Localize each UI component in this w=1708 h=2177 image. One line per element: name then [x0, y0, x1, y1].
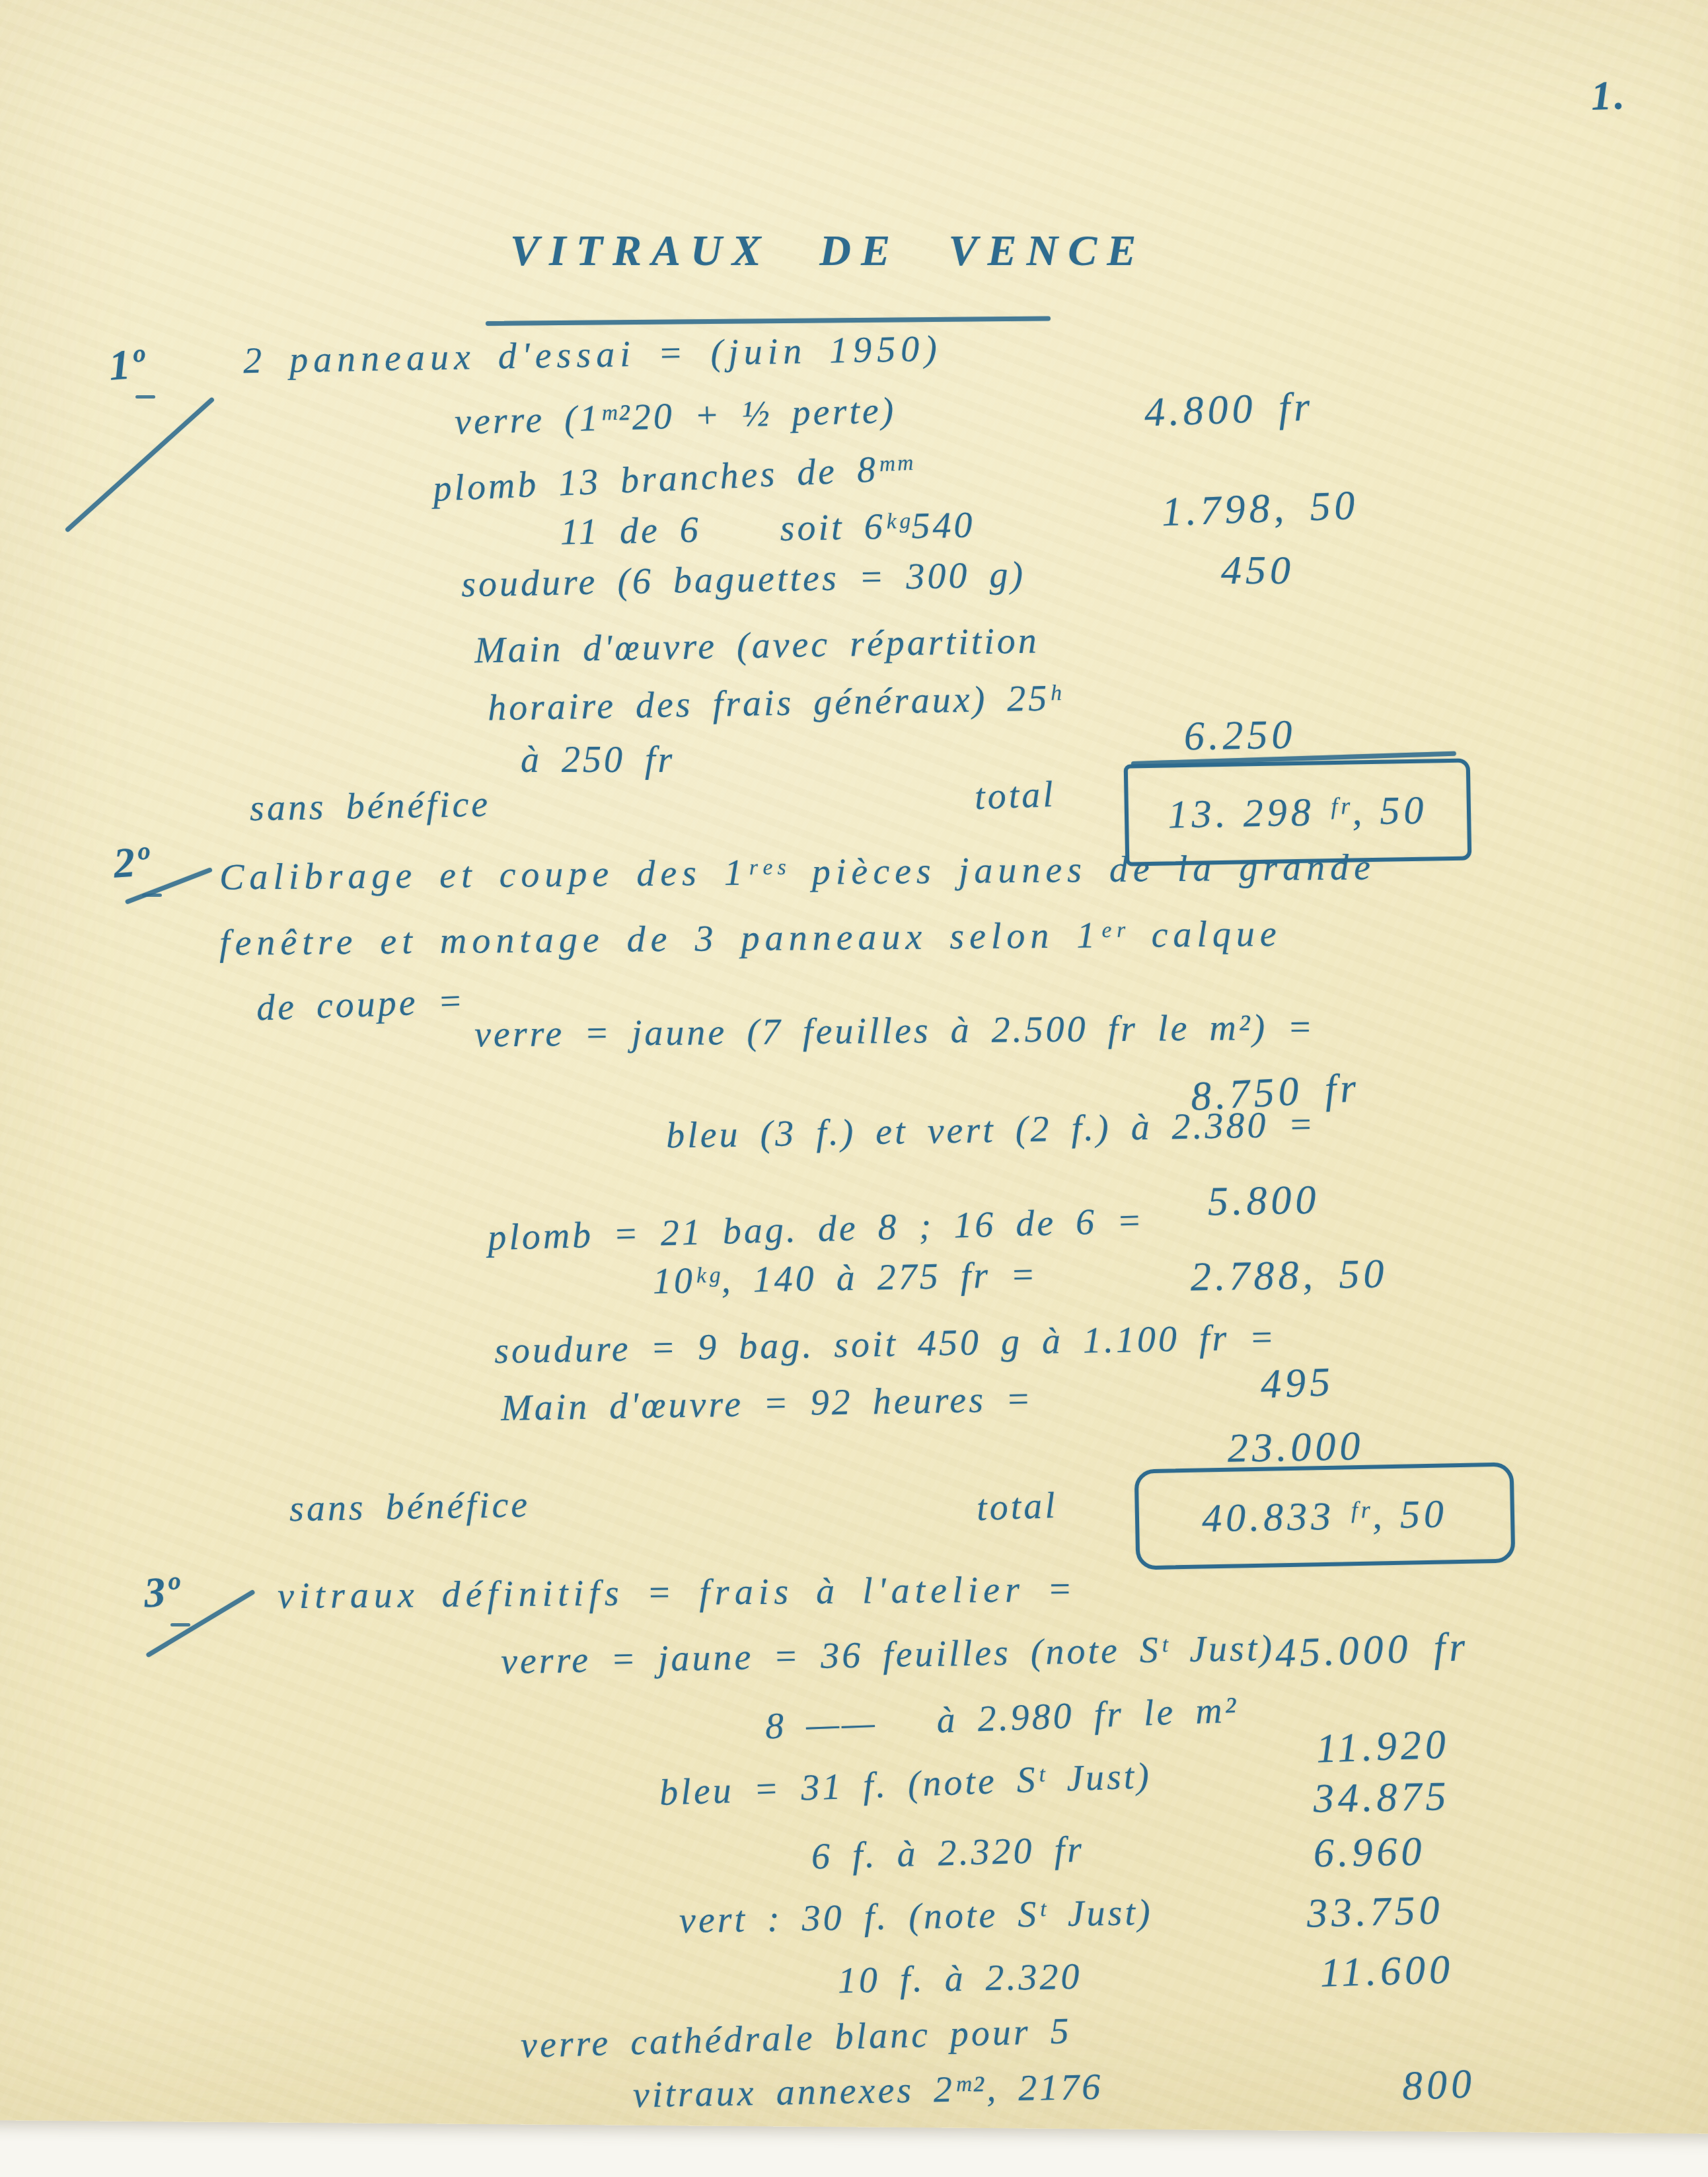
s2-amount-soudure: 495	[1260, 1359, 1335, 1408]
s2-line-plomb2: 10ᵏᵍ, 140 à 275 fr =	[652, 1254, 1038, 1303]
section2-label: 2º	[112, 837, 151, 888]
s2-line-verre-jaune: verre = jaune (7 feuilles à 2.500 fr le …	[474, 1006, 1316, 1055]
s3-amount-jaune-8f: 11.920	[1316, 1721, 1450, 1773]
s2-amount-bleu-vert: 5.800	[1207, 1177, 1320, 1226]
s1-line-plomb2: 11 de 6 soit 6ᵏᵍ540	[560, 504, 975, 554]
s3-amount-bleu-6f: 6.960	[1313, 1829, 1426, 1878]
section3-label-dash	[170, 1623, 190, 1626]
scan-background: 1. VITRAUX DE VENCE 1º 2 panneaux d'essa…	[0, 0, 1708, 2177]
s1-amount-main-doeuvre: 6.250	[1183, 712, 1296, 761]
s1-amount-plomb: 1.798, 50	[1161, 482, 1360, 536]
s2-total-label: total	[976, 1484, 1058, 1529]
s1-amount-verre: 4.800 fr	[1144, 384, 1315, 437]
s3-line-vitraux-annexes: vitraux annexes 2ᵐ², 2176	[632, 2066, 1103, 2116]
s3-amount-vert-10f: 11.600	[1319, 1946, 1454, 1997]
s3-line-bleu-6f: 6 f. à 2.320 fr	[811, 1829, 1084, 1878]
page-number: 1.	[1590, 72, 1628, 120]
s3-amount-verre-jaune: 45.000 fr	[1275, 1624, 1470, 1677]
s3-line-vert-10f: 10 f. à 2.320	[837, 1956, 1082, 2002]
s3-line-vitraux-definitifs: vitraux définitifs = frais à l'atelier =	[278, 1568, 1078, 1618]
doc-title: VITRAUX DE VENCE	[510, 226, 1146, 276]
s1-total-label: total	[974, 773, 1057, 818]
s3-amount-bleu: 34.875	[1313, 1773, 1450, 1823]
s1-sans-benefice: sans bénéfice	[249, 783, 490, 829]
s1-total-value: 13. 298 ᶠʳ, 50	[1168, 787, 1428, 837]
section1-label-dash	[135, 395, 155, 399]
s2-line-de-coupe: de coupe =	[256, 979, 466, 1029]
s1-amount-soudure: 450	[1221, 547, 1294, 594]
s2-amount-plomb: 2.788, 50	[1190, 1250, 1388, 1301]
s3-amount-vitraux-annexes: 800	[1401, 2061, 1476, 2110]
s1-line-a-250fr: à 250 fr	[521, 739, 675, 781]
s3-line-vert: vert : 30 f. (note Sᵗ Just)	[679, 1891, 1153, 1942]
s2-total-box: 40.833 ᶠʳ, 50	[1134, 1463, 1516, 1570]
s2-total-value: 40.833 ᶠʳ, 50	[1201, 1491, 1448, 1541]
section1-label: 1º	[107, 339, 147, 391]
s3-amount-vert: 33.750	[1306, 1887, 1444, 1937]
section3-label: 3º	[143, 1567, 182, 1618]
s2-sans-benefice: sans bénéfice	[289, 1484, 530, 1530]
